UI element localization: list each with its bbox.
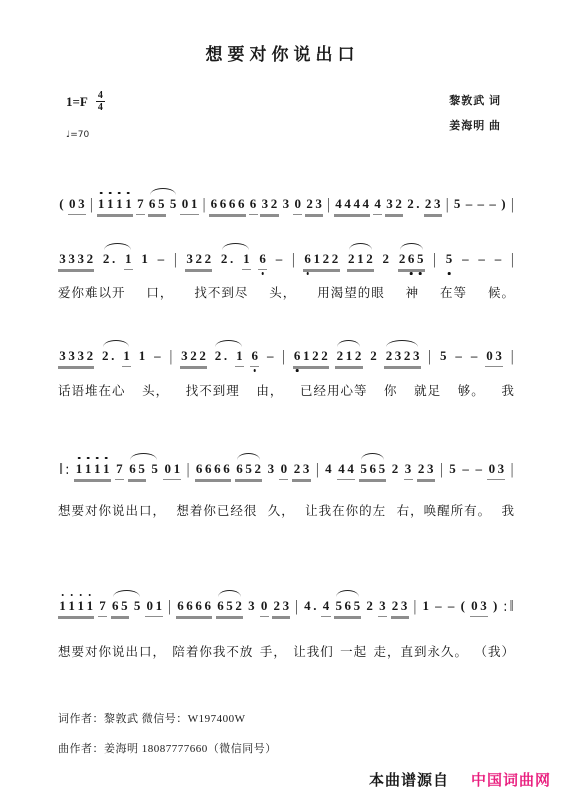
barline: | [315,459,320,479]
lyric-segment: 我 [501,501,515,519]
barline: | [510,194,515,214]
note-token: 3 [378,598,387,617]
barline: | [281,346,286,366]
slur-arc [113,590,140,597]
barline: | [201,194,206,214]
lyric-segment: 头， [142,381,169,399]
note-token: – [474,461,483,477]
note-token: 65 [111,598,129,617]
slur-arc [150,188,176,195]
note-token: 5 [150,461,159,477]
slur-arc [218,590,241,597]
lyric-segment: 就足 [414,381,441,399]
note-token: 1 [137,348,146,364]
note-token: 6666 [176,598,212,617]
note-token: 652 [235,461,262,480]
note-token: 4. [303,598,318,614]
note-token: 212 [347,251,374,270]
note-token: – [156,251,165,267]
key-signature: 1=F 4 4 [66,90,105,113]
slur-arc [336,590,359,597]
lyric-segment: 头， [269,283,296,301]
note-token: 6 [250,348,259,367]
lyric-segment: 陪着你我不放 [172,642,253,660]
note-token: 3 [247,598,256,614]
note-token: 23 [424,196,442,215]
note-token: 6122 [303,251,339,270]
song-title: 想要对你说出口 [0,40,565,65]
lyric-segment: 话语堆在心 [58,381,126,399]
note-token: – [461,461,470,477]
note-token: 01 [180,196,198,215]
note-token: 0 [293,196,302,215]
lyric-segment: 够。 [458,381,485,399]
note-token: – [454,348,463,364]
note-token: – [464,196,473,212]
note-token: – [153,348,162,364]
lyrics-line-5: 想要对你说出口，陪着你我不放手，让我们一起走，直到永久。（我） [58,642,515,660]
lyric-segment: 我 [501,381,515,399]
lyric-segment: 用渴望的眼 [317,283,385,301]
sheet-music-page: 想要对你说出口 1=F 4 4 ♩=70 黎敦武 词 姜海明 曲 (03|111… [0,0,565,800]
note-token: 1 [421,598,430,614]
slur-arc [386,340,418,347]
note-token: 2. [213,348,228,364]
slur-arc [103,340,129,347]
note-token: 5 [169,196,178,212]
note-token: ( [58,196,65,212]
barline: | [167,596,172,616]
note-token: 4 [324,461,333,477]
note-token: 3 [266,461,275,477]
barline: | [427,346,432,366]
note-token: – [434,598,443,614]
note-token: 3 [404,461,413,480]
note-token: 265 [398,251,425,270]
slur-arc [349,243,372,250]
note-token: 322 [185,251,212,270]
note-token: 32 [260,196,278,215]
barline: | [168,346,173,366]
note-token: ‖: [58,459,70,479]
notation-line-2: 33322.11–|3222.16–|61222122265|5–––| [58,251,515,270]
note-token: ( [459,598,466,614]
time-signature-numerator: 4 [96,90,105,102]
note-token: 0 [260,598,269,617]
barline: | [412,596,417,616]
note-token: :‖ [502,596,514,616]
note-token: 1111 [97,196,133,215]
lyric-segment: 已经用心等 [300,381,368,399]
note-token: 23 [417,461,435,480]
barline: | [89,194,94,214]
notation-line-4: ‖:1111765501|66666523023|4445652323|5––0… [58,461,515,480]
note-token: ) [500,196,507,212]
barline: | [185,459,190,479]
lyric-segment: 手， [260,642,287,660]
note-token: – [477,251,486,267]
footer-lyricist-contact: 词作者：黎敦武 微信号：W197400W [58,710,246,726]
lyricist-credit: 黎敦武 词 [449,92,501,108]
note-token: 322 [180,348,207,367]
note-token: 3 [281,196,290,212]
barline: | [432,249,437,269]
note-token: 565 [359,461,386,480]
note-token: 2. [220,251,235,267]
note-token: – [266,348,275,364]
lyric-segment: 爱你难以开 [58,283,126,301]
barline: | [510,249,515,269]
lyric-segment: 神 [406,283,420,301]
note-token: 65 [148,196,166,215]
note-token: 23 [272,598,290,617]
note-token: 2 [369,348,378,364]
note-token: 3332 [58,251,94,270]
slur-arc [237,453,260,460]
note-token: 2 [381,251,390,267]
lyric-segment: 久， [268,501,295,519]
lyric-segment: （我） [474,642,515,660]
note-token: 4 [321,598,330,617]
note-token: 1111 [74,461,110,480]
note-token: – [493,251,502,267]
note-token: 4444 [334,196,370,215]
note-token: 5 [448,461,457,477]
note-token: 7 [115,461,124,480]
lyrics-line-2: 爱你难以开口，找不到尽头，用渴望的眼神在等候。 [58,283,515,301]
note-token: 1 [242,251,251,270]
note-token: 7 [98,598,107,617]
tempo-marking: ♩=70 [66,130,89,140]
lyric-segment: 想着你已经很 [176,501,257,519]
note-token: 03 [485,348,503,367]
footer-composer-contact: 曲作者：姜海明 18087777660（微信同号） [58,740,277,756]
barline: | [173,249,178,269]
lyric-segment: 让我们 [293,642,334,660]
note-token: 6122 [293,348,329,367]
lyrics-line-4: 想要对你说出口，想着你已经很久，让我在你的左右，唤醒所有。我 [58,501,515,519]
note-token: 2323 [384,348,420,367]
note-token: – [476,196,485,212]
source-prefix: 本曲谱源自 [369,769,449,790]
note-token: 6666 [209,196,245,215]
note-token: – [470,348,479,364]
slur-arc [222,243,249,250]
notation-line-3: 33322.11–|3222.16–|612221222323|5––03| [58,348,515,367]
note-token: 03 [470,598,488,617]
barline: | [510,346,515,366]
lyric-segment: 让我在你的左 [305,501,386,519]
lyric-segment: 想要对你说出口， [58,501,166,519]
note-token: 2 [365,598,374,614]
lyric-segment: 找不到理 [186,381,240,399]
barline: | [326,194,331,214]
lyric-segment: 走，直到永久。 [374,642,469,660]
note-token: 3332 [58,348,94,367]
note-token: 01 [145,598,163,617]
note-token: 1 [122,348,131,367]
note-token: 652 [216,598,243,617]
note-token: 2 [390,461,399,477]
note-token: 212 [335,348,362,367]
note-token: 03 [68,196,86,215]
note-token: – [488,196,497,212]
source-credit: 本曲谱源自 中国词曲网 [369,769,551,790]
slur-arc [361,453,384,460]
note-token: 2. [406,196,421,212]
slur-arc [104,243,131,250]
note-token: 6 [249,196,258,215]
barline: | [294,596,299,616]
note-token: 23 [305,196,323,215]
note-token: 23 [292,461,310,480]
lyric-segment: 由， [256,381,283,399]
note-token: 1 [124,251,133,270]
note-token: 6 [258,251,267,270]
note-token: 565 [334,598,361,617]
barline: | [291,249,296,269]
note-token: 5 [439,348,448,364]
note-token: 03 [487,461,505,480]
slur-arc [130,453,157,460]
note-token: 2. [102,251,117,267]
note-token: 5 [453,196,462,212]
note-token: – [447,598,456,614]
note-token: 6666 [195,461,231,480]
note-token: 2. [101,348,116,364]
notation-line-1: (03|1111765501|66666323023|44444322.23|5… [58,196,515,215]
source-site-link[interactable]: 中国词曲网 [471,769,551,790]
lyric-segment: 想要对你说出口， [58,642,166,660]
barline: | [439,459,444,479]
time-signature: 4 4 [96,90,105,113]
note-token: 1111 [58,598,94,617]
lyric-segment: 你 [384,381,398,399]
lyric-segment: 右，唤醒所有。 [397,501,492,519]
barline: | [445,194,450,214]
note-token: 23 [391,598,409,617]
barline: | [509,459,514,479]
note-token: – [461,251,470,267]
slur-arc [337,340,360,347]
note-token: 65 [128,461,146,480]
lyric-segment: 一起 [340,642,367,660]
slur-arc [400,243,423,250]
lyric-segment: 口， [146,283,173,301]
lyric-segment: 候。 [488,283,515,301]
note-token: – [274,251,283,267]
note-token: 44 [337,461,355,480]
lyric-segment: 找不到尽 [194,283,248,301]
note-token: 7 [136,196,145,215]
time-signature-denominator: 4 [98,102,103,113]
note-token: 1 [235,348,244,367]
note-token: 5 [444,251,453,267]
notation-line-5: 1111765501|66666523023|4.45652323|1––(03… [58,598,515,617]
lyrics-line-3: 话语堆在心头，找不到理由，已经用心等你就足够。我 [58,381,515,399]
note-token: 01 [163,461,181,480]
key-label: 1=F [66,94,88,110]
note-token: 5 [133,598,142,614]
note-token: 1 [140,251,149,267]
note-token: 0 [279,461,288,480]
slur-arc [215,340,242,347]
note-token: 4 [373,196,382,215]
note-token: 32 [385,196,403,215]
composer-credit: 姜海明 曲 [449,117,501,133]
note-token: ) [492,598,499,614]
lyric-segment: 在等 [440,283,467,301]
